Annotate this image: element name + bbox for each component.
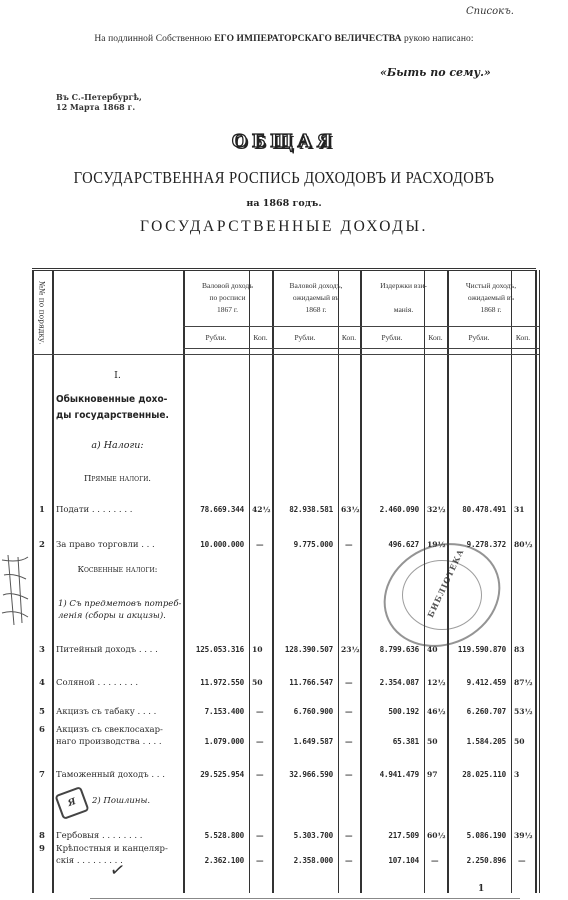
kopecks-cell: 87½	[514, 678, 538, 687]
table-row: 5Акцизъ съ табаку . . . .7.153.4006.760.…	[32, 707, 536, 721]
kopecks-cell: —	[345, 831, 367, 840]
column-rule	[539, 270, 540, 893]
rubles-cell: 500.192	[360, 707, 419, 716]
column-group-header: Валовой доходъ,ожидаемый въ1868 г.	[272, 280, 360, 316]
kopecks-cell: —	[345, 540, 367, 549]
rubles-cell: 28.025.110	[447, 770, 506, 779]
kopecks-cell: 39½	[514, 831, 538, 840]
row-number: 9	[32, 844, 52, 854]
rubles-cell: 107.104	[360, 856, 419, 865]
kopecks-cell: —	[345, 770, 367, 779]
kopecks-cell: —	[256, 856, 279, 865]
column-header-kopecks: Коп.	[249, 328, 272, 348]
kopecks-cell: 42½	[252, 505, 275, 514]
imperial-note-suffix: рукою написано:	[404, 34, 474, 44]
document-year: на 1868 годъ.	[0, 198, 568, 209]
row-number: 6	[32, 725, 52, 735]
rubles-cell: 6.260.707	[447, 707, 506, 716]
column-header-number: №№ по порядку.	[32, 272, 52, 354]
imperial-resolution: «Быть по сему.»	[380, 66, 491, 79]
document-title: ОБЩАЯ	[0, 130, 568, 153]
date: 12 Марта 1868 г.	[56, 102, 142, 112]
kopecks-cell: 50	[252, 678, 275, 687]
column-header-kopecks: Коп.	[338, 328, 360, 348]
row-number: 2	[32, 540, 52, 550]
row-number: 8	[32, 831, 52, 841]
rubles-cell: 32.966.590	[272, 770, 333, 779]
kopecks-cell: —	[256, 540, 279, 549]
section-heading: ГОСУДАРСТВЕННЫЕ ДОХОДЫ.	[0, 218, 568, 236]
rubles-cell: 1.079.000	[183, 737, 244, 746]
rubles-cell: 80.478.491	[447, 505, 506, 514]
column-rule	[249, 270, 250, 893]
section-title-line2: ды государственные.	[56, 408, 169, 424]
column-header-rubles: Рубли.	[360, 328, 424, 348]
kopecks-cell: 80½	[514, 540, 538, 549]
rubles-cell: 9.775.000	[272, 540, 333, 549]
kopecks-cell: —	[431, 856, 454, 865]
section-roman-numeral: I.	[52, 370, 183, 381]
row-number: 4	[32, 678, 52, 688]
rubles-cell: 8.799.636	[360, 645, 419, 654]
page-number: 1	[478, 884, 484, 894]
column-rule	[272, 270, 274, 893]
rubles-cell: 496.627	[360, 540, 419, 549]
row-number: 7	[32, 770, 52, 780]
row-number: 3	[32, 645, 52, 655]
rubles-cell: 119.590.870	[447, 645, 506, 654]
column-group-header: Издержки взи- манія.	[360, 280, 447, 316]
subsection-consumption-line1: 1) Съ предметовъ потреб-	[58, 598, 181, 610]
kopecks-cell: 31	[514, 505, 538, 514]
rubles-cell: 29.525.954	[183, 770, 244, 779]
column-group-header: Чистый доходъ,ожидаемый въ1868 г.	[447, 280, 535, 316]
rubles-cell: 1.584.205	[447, 737, 506, 746]
kopecks-cell: 32½	[427, 505, 450, 514]
rubles-cell: 78.669.344	[183, 505, 244, 514]
kopecks-cell: 83	[514, 645, 538, 654]
column-header-rubles: Рубли.	[447, 328, 511, 348]
kopecks-cell: —	[518, 856, 542, 865]
rubles-cell: 5.528.800	[183, 831, 244, 840]
subsection-consumption: 1) Съ предметовъ потреб- ленія (сборы и …	[58, 598, 181, 622]
rubles-cell: 2.362.100	[183, 856, 244, 865]
kopecks-cell: —	[256, 770, 279, 779]
header-rule	[183, 326, 539, 327]
column-header-rubles: Рубли.	[272, 328, 338, 348]
copy-label: Списокъ.	[466, 6, 514, 17]
kopecks-cell: —	[256, 737, 279, 746]
kopecks-cell: 10	[252, 645, 275, 654]
imperial-note: На подлинной Собственною ЕГО ИМПЕРАТОРСК…	[0, 34, 568, 44]
rubles-cell: 2.460.090	[360, 505, 419, 514]
bottom-rule	[90, 898, 520, 899]
imperial-note-bold: ЕГО ИМПЕРАТОРСКАГО ВЕЛИЧЕСТВА	[214, 34, 401, 44]
place: Въ С.-Петербургѣ,	[56, 92, 142, 102]
kopecks-cell: —	[345, 678, 367, 687]
kopecks-cell: 97	[427, 770, 450, 779]
imperial-note-prefix: На подлинной Собственною	[94, 34, 211, 44]
kopecks-cell: 60½	[427, 831, 450, 840]
rubles-cell: 9.412.459	[447, 678, 506, 687]
subsection-direct-taxes: Прямые налоги.	[52, 474, 183, 484]
table-row: 3Питейный доходъ . . . .125.053.316128.3…	[32, 645, 536, 659]
kopecks-cell: 46½	[427, 707, 450, 716]
rubles-cell: 11.766.547	[272, 678, 333, 687]
rubles-cell: 128.390.507	[272, 645, 333, 654]
rubles-cell: 11.972.550	[183, 678, 244, 687]
subsection-indirect-taxes: Косвенные налоги:	[52, 565, 183, 575]
rubles-cell: 1.649.587	[272, 737, 333, 746]
rubles-cell: 2.250.896	[447, 856, 506, 865]
place-date: Въ С.-Петербургѣ, 12 Марта 1868 г.	[56, 92, 142, 112]
kopecks-cell: —	[345, 707, 367, 716]
header-rule	[32, 354, 539, 355]
rubles-cell: 4.941.479	[360, 770, 419, 779]
column-rule	[360, 270, 362, 893]
subsection-duties: 2) Пошлины.	[92, 796, 150, 806]
kopecks-cell: 23½	[341, 645, 363, 654]
rubles-cell: 65.381	[360, 737, 419, 746]
rubles-cell: 125.053.316	[183, 645, 244, 654]
kopecks-cell: —	[345, 737, 367, 746]
rubles-cell: 217.509	[360, 831, 419, 840]
subsection-taxes: а) Налоги:	[52, 440, 183, 451]
handwritten-marks-icon	[0, 555, 30, 625]
rubles-cell: 7.153.400	[183, 707, 244, 716]
row-number: 5	[32, 707, 52, 717]
document-subtitle: ГОСУДАРСТВЕННАЯ РОСПИСЬ ДОХОДОВЪ И РАСХО…	[40, 168, 528, 188]
table-row: 9Крѣпостныя и канцеляр-скія . . . . . . …	[32, 856, 536, 870]
table-row: 4Соляной . . . . . . . .11.972.55011.766…	[32, 678, 536, 692]
row-number: 1	[32, 505, 52, 515]
table-row: 1Подати . . . . . . . .78.669.34482.938.…	[32, 505, 536, 519]
column-header-kopecks: Коп.	[424, 328, 447, 348]
kopecks-cell: —	[256, 707, 279, 716]
section-title-line1: Обыкновенные дохо-	[56, 392, 169, 408]
kopecks-cell: 3	[514, 770, 538, 779]
kopecks-cell: 63½	[341, 505, 363, 514]
column-rule	[338, 270, 339, 893]
section-title: Обыкновенные дохо- ды государственные.	[56, 392, 169, 424]
column-group-header: Валовой доходъпо росписи1867 г.	[183, 280, 272, 316]
column-rule	[511, 270, 512, 893]
kopecks-cell: 50	[427, 737, 450, 746]
table-row: 6Акцизъ съ свеклосахар-наго производства…	[32, 737, 536, 751]
column-rule	[535, 270, 537, 893]
kopecks-cell: —	[256, 831, 279, 840]
table-row: 7Таможенный доходъ . . .29.525.95432.966…	[32, 770, 536, 784]
column-rule	[183, 270, 185, 893]
column-rule	[32, 270, 34, 893]
rubles-cell: 5.303.700	[272, 831, 333, 840]
kopecks-cell: 50	[514, 737, 538, 746]
column-header-rubles: Рубли.	[183, 328, 249, 348]
rubles-cell: 5.086.190	[447, 831, 506, 840]
kopecks-cell: 12½	[427, 678, 450, 687]
kopecks-cell: 53½	[514, 707, 538, 716]
rubles-cell: 82.938.581	[272, 505, 333, 514]
header-rule	[183, 348, 539, 349]
rubles-cell: 6.760.900	[272, 707, 333, 716]
subsection-consumption-line2: ленія (сборы и акцизы).	[58, 610, 181, 622]
column-header-kopecks: Коп.	[511, 328, 535, 348]
rubles-cell: 2.354.087	[360, 678, 419, 687]
column-rule	[52, 270, 54, 893]
rubles-cell: 2.358.000	[272, 856, 333, 865]
kopecks-cell: —	[345, 856, 367, 865]
rubles-cell: 10.000.000	[183, 540, 244, 549]
